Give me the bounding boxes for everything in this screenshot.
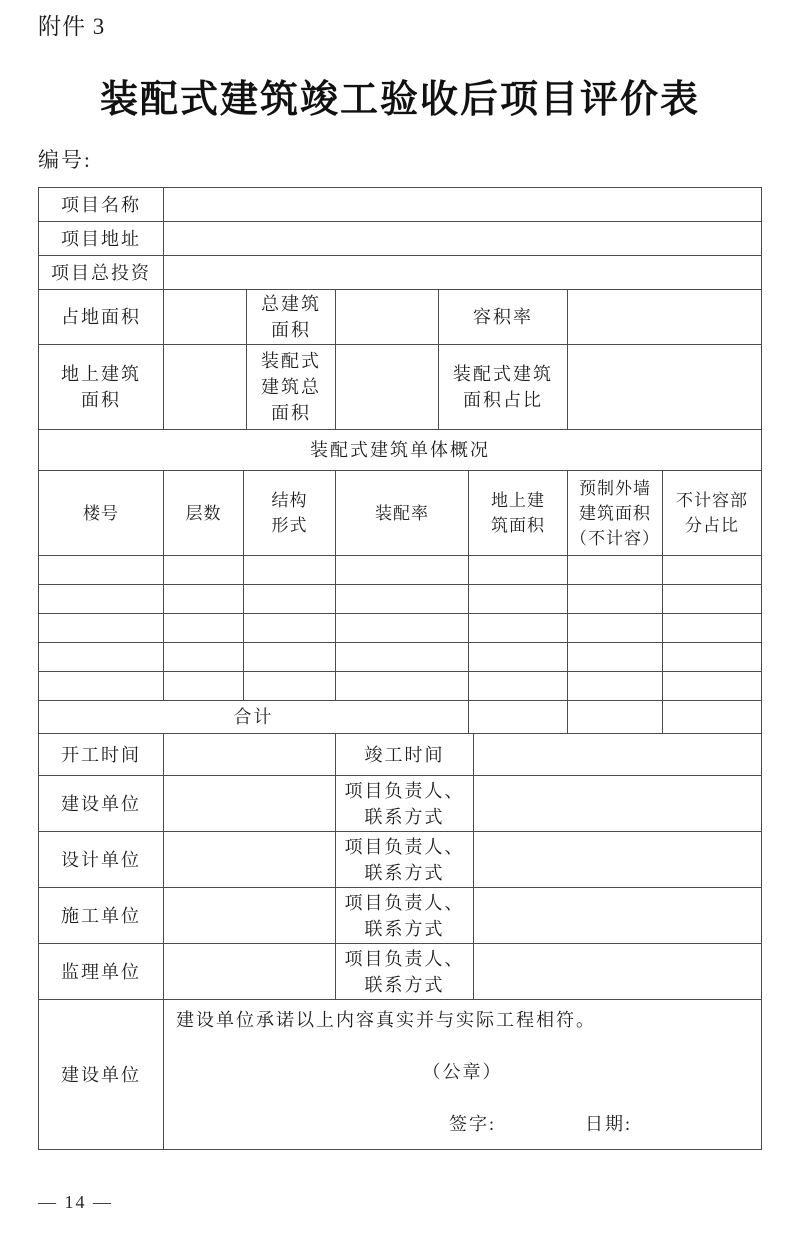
empty-cell (663, 614, 762, 643)
empty-cell (164, 672, 244, 701)
empty-cell (663, 672, 762, 701)
total-label: 合计 (39, 701, 469, 734)
empty-cell (336, 585, 469, 614)
table-row-construction-unit: 施工单位 项目负责人、 联系方式 (39, 888, 762, 944)
empty-cell (469, 585, 568, 614)
page-number: — 14 — (38, 1192, 113, 1213)
design-contact-label: 项目负责人、 联系方式 (336, 832, 474, 888)
supervision-contact-label: 项目负责人、 联系方式 (336, 944, 474, 1000)
official-seal-label: （公章） (176, 1059, 749, 1085)
form-number-label: 编号: (38, 144, 92, 174)
owner-unit-label: 建设单位 (39, 776, 164, 832)
empty-cell (164, 556, 244, 585)
empty-cell (336, 672, 469, 701)
attachment-label: 附件 3 (38, 8, 105, 41)
land-area-label: 占地面积 (39, 290, 164, 345)
prefab-area-ratio-label: 装配式建筑 面积占比 (439, 345, 568, 430)
project-investment-value (164, 256, 762, 290)
col-header-aboveground-area: 地上建 筑面积 (469, 471, 568, 556)
empty-cell (469, 556, 568, 585)
plot-ratio-label: 容积率 (439, 290, 568, 345)
construction-unit-value (164, 888, 336, 944)
empty-cell (336, 614, 469, 643)
table-row-project-name: 项目名称 (39, 188, 762, 222)
table-row-aboveground-area: 地上建筑 面积 装配式 建筑总 面积 装配式建筑 面积占比 (39, 345, 762, 430)
empty-cell (244, 556, 336, 585)
table-row-project-investment: 项目总投资 (39, 256, 762, 290)
table-row-project-address: 项目地址 (39, 222, 762, 256)
empty-cell (39, 614, 164, 643)
units-table: 开工时间 竣工时间 建设单位 项目负责人、 联系方式 设计单位 项目负责人、 联… (38, 733, 762, 1000)
commitment-statement: 建设单位承诺以上内容真实并与实际工程相符。 (176, 1007, 749, 1033)
evaluation-form-table: 项目名称 项目地址 项目总投资 占地面积 总建筑 面积 容积率 地上建筑 面积 (38, 187, 762, 1150)
prefab-area-ratio-value (568, 345, 762, 430)
table-row-supervision-unit: 监理单位 项目负责人、 联系方式 (39, 944, 762, 1000)
prefab-total-area-label: 装配式 建筑总 面积 (247, 345, 336, 430)
total-precast-wall-area-value (568, 701, 663, 734)
empty-cell (164, 585, 244, 614)
building-data-row (39, 556, 762, 585)
empty-cell (244, 614, 336, 643)
col-header-building-no: 楼号 (39, 471, 164, 556)
building-data-row (39, 643, 762, 672)
empty-cell (663, 585, 762, 614)
empty-cell (469, 643, 568, 672)
empty-cell (568, 672, 663, 701)
total-uncounted-ratio-value (663, 701, 762, 734)
aboveground-area-label: 地上建筑 面积 (39, 345, 164, 430)
empty-cell (663, 556, 762, 585)
total-aboveground-area-value (469, 701, 568, 734)
total-floor-area-label: 总建筑 面积 (247, 290, 336, 345)
table-row-dates: 开工时间 竣工时间 (39, 734, 762, 776)
completion-date-value (474, 734, 762, 776)
col-header-prefab-rate: 装配率 (336, 471, 469, 556)
signature-label: 签字: (449, 1111, 496, 1137)
col-header-uncounted-ratio: 不计容部 分占比 (663, 471, 762, 556)
building-overview-table: 楼号 层数 结构 形式 装配率 地上建 筑面积 预制外墙 建筑面积 （不计容） … (38, 470, 762, 734)
table-row-land-area: 占地面积 总建筑 面积 容积率 (39, 290, 762, 345)
owner-contact-value (474, 776, 762, 832)
table-row-section-banner: 装配式建筑单体概况 (39, 430, 762, 471)
empty-cell (39, 643, 164, 672)
construction-contact-value (474, 888, 762, 944)
empty-cell (164, 643, 244, 672)
prefab-total-area-value (336, 345, 439, 430)
area-info-table: 占地面积 总建筑 面积 容积率 地上建筑 面积 装配式 建筑总 面积 装配式建筑… (38, 289, 762, 430)
empty-cell (39, 556, 164, 585)
design-contact-value (474, 832, 762, 888)
empty-cell (568, 614, 663, 643)
total-floor-area-value (336, 290, 439, 345)
project-name-value (164, 188, 762, 222)
empty-cell (568, 643, 663, 672)
basic-info-table: 项目名称 项目地址 项目总投资 (38, 187, 762, 290)
empty-cell (568, 556, 663, 585)
design-unit-value (164, 832, 336, 888)
empty-cell (469, 672, 568, 701)
empty-cell (663, 643, 762, 672)
empty-cell (164, 614, 244, 643)
building-data-row (39, 585, 762, 614)
empty-cell (469, 614, 568, 643)
construction-unit-label: 施工单位 (39, 888, 164, 944)
project-address-label: 项目地址 (39, 222, 164, 256)
project-name-label: 项目名称 (39, 188, 164, 222)
land-area-value (164, 290, 247, 345)
aboveground-area-value (164, 345, 247, 430)
col-header-precast-wall-area: 预制外墙 建筑面积 （不计容） (568, 471, 663, 556)
table-row-construction-owner: 建设单位 项目负责人、 联系方式 (39, 776, 762, 832)
supervision-unit-label: 监理单位 (39, 944, 164, 1000)
section-banner-table: 装配式建筑单体概况 (38, 429, 762, 471)
empty-cell (336, 643, 469, 672)
empty-cell (39, 585, 164, 614)
table-row-commitment: 建设单位 建设单位承诺以上内容真实并与实际工程相符。 （公章） 签字: 日期: (39, 1000, 762, 1150)
empty-cell (568, 585, 663, 614)
commitment-table: 建设单位 建设单位承诺以上内容真实并与实际工程相符。 （公章） 签字: 日期: (38, 999, 762, 1150)
building-data-row (39, 672, 762, 701)
construction-contact-label: 项目负责人、 联系方式 (336, 888, 474, 944)
date-label: 日期: (585, 1111, 632, 1137)
owner-contact-label: 项目负责人、 联系方式 (336, 776, 474, 832)
section-banner-label: 装配式建筑单体概况 (39, 430, 762, 471)
empty-cell (244, 672, 336, 701)
design-unit-label: 设计单位 (39, 832, 164, 888)
empty-cell (244, 643, 336, 672)
completion-date-label: 竣工时间 (336, 734, 474, 776)
owner-unit-value (164, 776, 336, 832)
table-row-design-unit: 设计单位 项目负责人、 联系方式 (39, 832, 762, 888)
supervision-contact-value (474, 944, 762, 1000)
building-total-row: 合计 (39, 701, 762, 734)
col-header-storeys: 层数 (164, 471, 244, 556)
empty-cell (39, 672, 164, 701)
project-investment-label: 项目总投资 (39, 256, 164, 290)
commitment-content-cell: 建设单位承诺以上内容真实并与实际工程相符。 （公章） 签字: 日期: (164, 1000, 762, 1150)
page-title: 装配式建筑竣工验收后项目评价表 (0, 68, 800, 123)
empty-cell (244, 585, 336, 614)
start-date-label: 开工时间 (39, 734, 164, 776)
commitment-unit-label: 建设单位 (39, 1000, 164, 1150)
signature-line: 签字: 日期: (176, 1111, 749, 1137)
supervision-unit-value (164, 944, 336, 1000)
building-table-header-row: 楼号 层数 结构 形式 装配率 地上建 筑面积 预制外墙 建筑面积 （不计容） … (39, 471, 762, 556)
col-header-structure-type: 结构 形式 (244, 471, 336, 556)
building-data-row (39, 614, 762, 643)
empty-cell (336, 556, 469, 585)
plot-ratio-value (568, 290, 762, 345)
start-date-value (164, 734, 336, 776)
project-address-value (164, 222, 762, 256)
